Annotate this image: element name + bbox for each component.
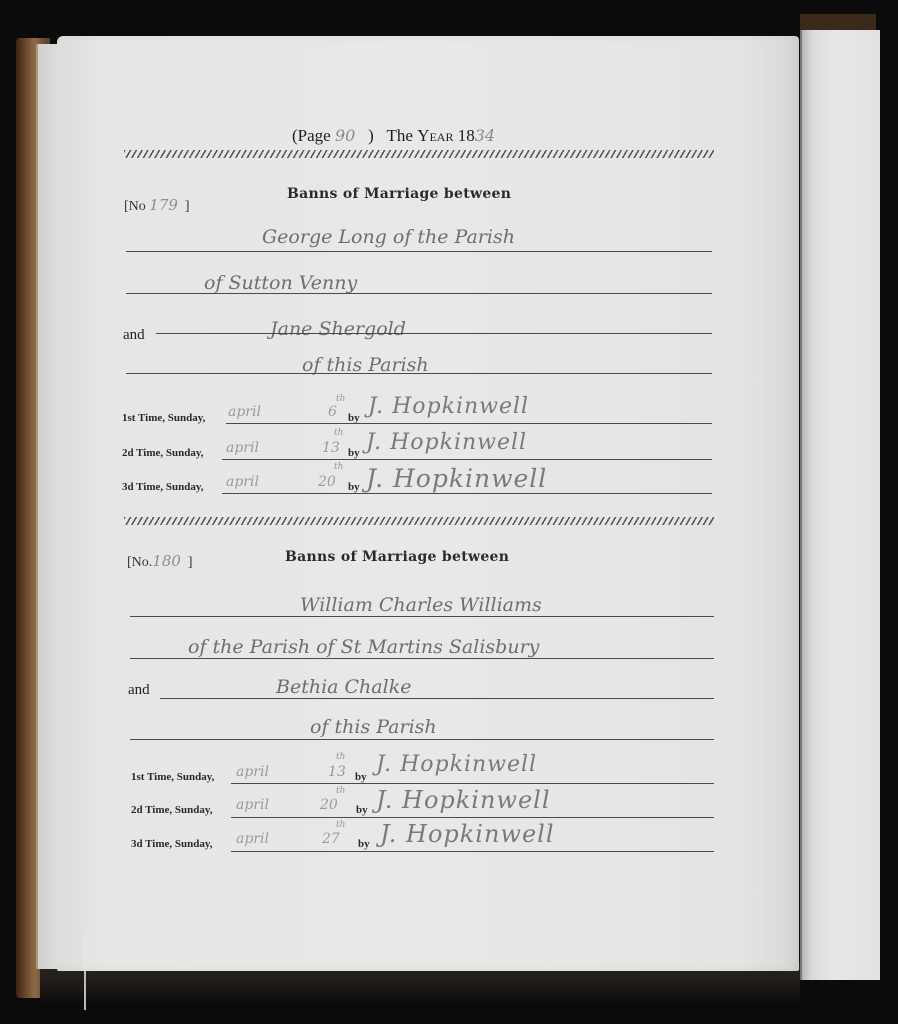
year-printed: 18 — [458, 126, 475, 145]
bride-parish: of this Parish — [310, 716, 437, 738]
groom-rule-1 — [126, 251, 712, 252]
pub-2-day: 13 — [322, 440, 340, 456]
pub-3-signature: J. Hopkinwell — [380, 820, 555, 848]
groom-parish: of Sutton Venny — [204, 272, 357, 294]
pub-1-by: by — [355, 771, 367, 783]
groom-parish: of the Parish of St Martins Salisbury — [188, 636, 539, 658]
pub-1-suffix: th — [336, 752, 345, 762]
year-label: Year — [417, 126, 453, 145]
pub-2-suffix: th — [334, 428, 343, 438]
entry-title: Banns of Marriage between — [287, 186, 511, 202]
groom-name: George Long of the Parish — [262, 226, 515, 248]
page-prefix: (Page — [292, 126, 331, 145]
pub-3-month: april — [236, 831, 269, 847]
pub-2-rule — [231, 817, 714, 818]
right-facing-page — [800, 30, 880, 980]
pub-1-suffix: th — [336, 394, 345, 404]
pub-2-suffix: th — [336, 786, 345, 796]
pub-3-label: 3d Time, Sunday, — [131, 838, 213, 850]
pub-2-signature: J. Hopkinwell — [376, 786, 551, 814]
pub-2-by: by — [348, 447, 360, 459]
bride-name: Bethia Chalke — [276, 676, 411, 698]
groom-rule-1 — [130, 616, 714, 617]
bride-name: Jane Shergold — [270, 318, 406, 340]
year-written: 34 — [475, 126, 495, 145]
pub-1-label: 1st Time, Sunday, — [122, 412, 205, 424]
entry-number: [No 179 ] — [124, 196, 190, 215]
groom-rule-2 — [126, 293, 712, 294]
groom-name: William Charles Williams — [300, 594, 542, 616]
groom-rule-2 — [130, 658, 714, 659]
entry-number-value: 179 — [149, 196, 178, 214]
pub-3-rule — [231, 851, 714, 852]
and-label: and — [128, 682, 150, 699]
pub-2-label: 2d Time, Sunday, — [131, 804, 213, 816]
pub-1-day: 13 — [328, 764, 346, 780]
page-header: (Page 90 ) The Year 1834 — [292, 126, 495, 146]
entry-number-suffix: ] — [185, 199, 190, 214]
pub-1-signature: J. Hopkinwell — [376, 752, 537, 777]
pub-3-suffix: th — [336, 820, 345, 830]
entry-number-suffix: ] — [188, 555, 193, 570]
pub-3-suffix: th — [334, 462, 343, 472]
header-wavy-divider — [124, 150, 714, 158]
pub-2-month: april — [226, 440, 259, 456]
bride-rule-2 — [126, 373, 712, 374]
pub-3-rule — [222, 493, 712, 494]
page-clip — [84, 930, 96, 1010]
entry-number: [No.180 ] — [127, 552, 193, 571]
pub-2-rule — [222, 459, 712, 460]
pub-2-signature: J. Hopkinwell — [366, 430, 527, 455]
pub-1-signature: J. Hopkinwell — [368, 394, 529, 419]
pub-3-day: 27 — [322, 831, 340, 847]
pub-3-by: by — [358, 838, 370, 850]
pub-1-rule — [226, 423, 712, 424]
entry-number-prefix: [No. — [127, 555, 152, 570]
pub-2-by: by — [356, 804, 368, 816]
pub-1-month: april — [236, 764, 269, 780]
entry-number-prefix: [No — [124, 199, 146, 214]
page-number: 90 — [335, 126, 355, 145]
year-the: The — [387, 126, 413, 145]
pub-3-month: april — [226, 474, 259, 490]
pub-3-day: 20 — [318, 474, 336, 490]
entry-wavy-divider — [124, 517, 714, 525]
bride-rule-1 — [160, 698, 714, 699]
pub-1-month: april — [228, 404, 261, 420]
entry-number-value: 180 — [152, 552, 181, 570]
pub-3-signature: J. Hopkinwell — [366, 464, 547, 493]
bride-rule-1 — [156, 333, 712, 334]
pub-1-rule — [231, 783, 714, 784]
pub-3-label: 3d Time, Sunday, — [122, 481, 204, 493]
pub-1-day: 6 — [328, 404, 337, 420]
pub-2-month: april — [236, 797, 269, 813]
bride-rule-2 — [130, 739, 714, 740]
pub-2-day: 20 — [320, 797, 338, 813]
pub-2-label: 2d Time, Sunday, — [122, 447, 204, 459]
pub-1-label: 1st Time, Sunday, — [131, 771, 214, 783]
pub-3-by: by — [348, 481, 360, 493]
and-label: and — [123, 327, 145, 344]
page-suffix: ) — [368, 126, 374, 145]
entry-title: Banns of Marriage between — [285, 549, 509, 565]
